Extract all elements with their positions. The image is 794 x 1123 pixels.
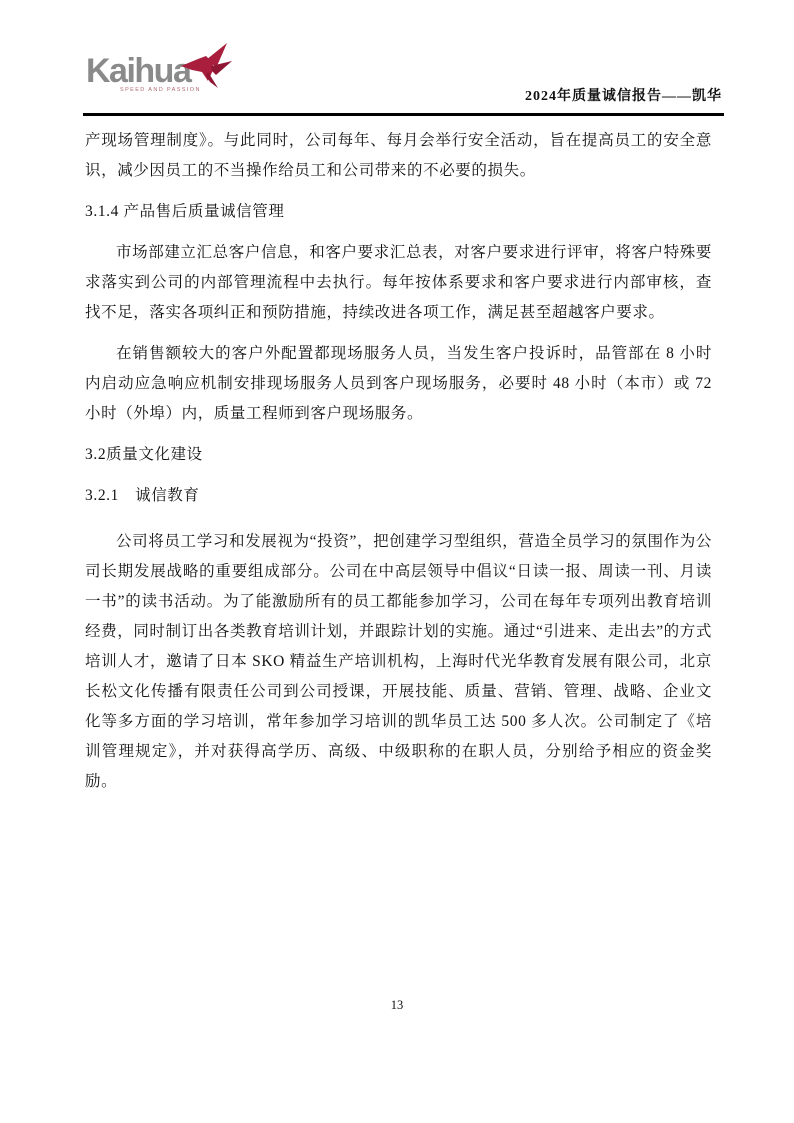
page-number: 13 xyxy=(0,998,794,1013)
paragraph-safety-continuation: 产现场管理制度》。与此同时，公司每年、每月会举行安全活动，旨在提高员工的安全意识… xyxy=(85,126,712,186)
hummingbird-icon xyxy=(180,42,232,92)
logo-brand-text: Kaihua xyxy=(86,52,190,90)
paragraph-training: 公司将员工学习和发展视为“投资”，把创建学习型组织，营造全员学习的氛围作为公司长… xyxy=(85,527,712,797)
document-page: Kaihua SPEED AND PASSION 2024年质量诚信报告——凯华… xyxy=(0,0,794,1123)
report-header-title: 2024年质量诚信报告——凯华 xyxy=(525,85,722,110)
heading-3-2: 3.2质量文化建设 xyxy=(85,440,712,470)
paragraph-market-dept: 市场部建立汇总客户信息，和客户要求汇总表，对客户要求进行评审，将客户特殊要求落实… xyxy=(85,238,712,328)
heading-3-2-1: 3.2.1 诚信教育 xyxy=(85,481,712,511)
heading-3-1-4: 3.1.4 产品售后质量诚信管理 xyxy=(85,197,712,227)
paragraph-onsite-service: 在销售额较大的客户外配置都现场服务人员，当发生客户投诉时，品管部在 8 小时内启… xyxy=(85,339,712,429)
page-header: Kaihua SPEED AND PASSION 2024年质量诚信报告——凯华 xyxy=(0,0,794,110)
document-body: 产现场管理制度》。与此同时，公司每年、每月会举行安全活动，旨在提高员工的安全意识… xyxy=(0,116,794,797)
kaihua-logo: Kaihua SPEED AND PASSION xyxy=(86,52,218,110)
